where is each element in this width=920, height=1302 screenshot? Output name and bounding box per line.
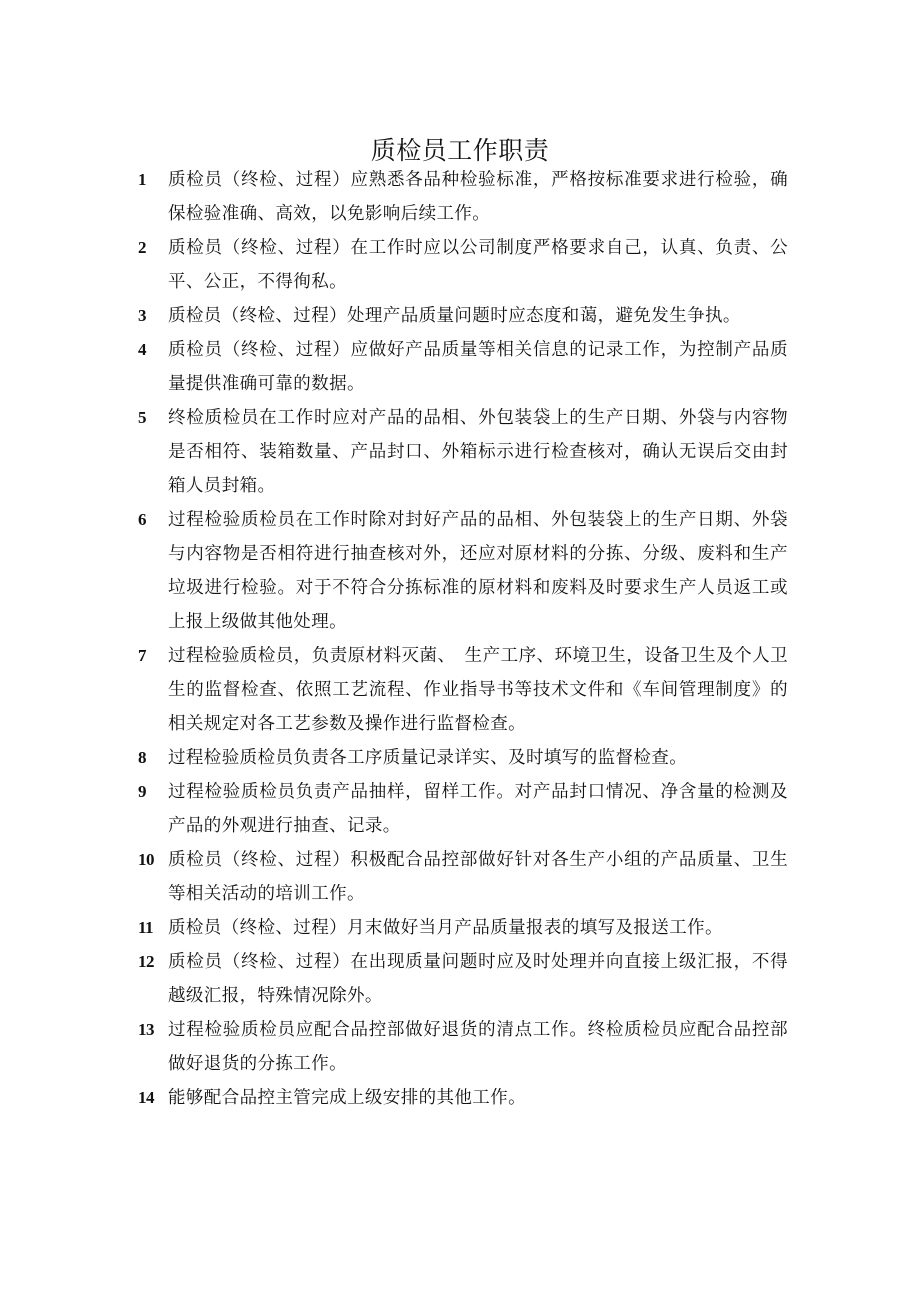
list-item: 4 质检员（终检、过程）应做好产品质量等相关信息的记录工作，为控制产品质量提供准…: [138, 333, 788, 401]
item-number: 10: [138, 843, 154, 877]
list-item: 6 过程检验质检员在工作时除对封好产品的品相、外包装袋上的生产日期、外袋与内容物…: [138, 503, 788, 639]
list-item: 9 过程检验质检员负责产品抽样，留样工作。对产品封口情况、净含量的检测及产品的外…: [138, 775, 788, 843]
item-text: 质检员（终检、过程）应熟悉各品种检验标准，严格按标准要求进行检验，确保检验准确、…: [168, 163, 788, 231]
list-item: 10 质检员（终检、过程）积极配合品控部做好针对各生产小组的产品质量、卫生等相关…: [138, 843, 788, 911]
item-number: 13: [138, 1013, 154, 1047]
list-item: 8 过程检验质检员负责各工序质量记录详实、及时填写的监督检查。: [138, 741, 788, 775]
list-item: 12 质检员（终检、过程）在出现质量问题时应及时处理并向直接上级汇报，不得越级汇…: [138, 945, 788, 1013]
item-text: 终检质检员在工作时应对产品的品相、外包装袋上的生产日期、外袋与内容物是否相符、装…: [168, 401, 788, 503]
item-number: 9: [138, 775, 147, 809]
item-number: 3: [138, 299, 147, 333]
item-text: 过程检验质检员，负责原材料灭菌、 生产工序、环境卫生，设备卫生及个人卫生的监督检…: [168, 639, 788, 741]
item-number: 1: [138, 163, 147, 197]
item-number: 6: [138, 503, 147, 537]
duty-list: 1 质检员（终检、过程）应熟悉各品种检验标准，严格按标准要求进行检验，确保检验准…: [138, 163, 788, 1115]
item-text: 质检员（终检、过程）月末做好当月产品质量报表的填写及报送工作。: [168, 911, 788, 945]
item-number: 11: [138, 911, 153, 945]
item-text: 过程检验质检员负责产品抽样，留样工作。对产品封口情况、净含量的检测及产品的外观进…: [168, 775, 788, 843]
item-text: 质检员（终检、过程）在工作时应以公司制度严格要求自己，认真、负责、公平、公正，不…: [168, 231, 788, 299]
list-item: 3 质检员（终检、过程）处理产品质量问题时应态度和蔼，避免发生争执。: [138, 299, 788, 333]
item-text: 过程检验质检员负责各工序质量记录详实、及时填写的监督检查。: [168, 741, 788, 775]
list-item: 11 质检员（终检、过程）月末做好当月产品质量报表的填写及报送工作。: [138, 911, 788, 945]
list-item: 7 过程检验质检员，负责原材料灭菌、 生产工序、环境卫生，设备卫生及个人卫生的监…: [138, 639, 788, 741]
item-number: 14: [138, 1081, 154, 1115]
item-text: 过程检验质检员在工作时除对封好产品的品相、外包装袋上的生产日期、外袋与内容物是否…: [168, 503, 788, 639]
item-text: 质检员（终检、过程）在出现质量问题时应及时处理并向直接上级汇报，不得越级汇报，特…: [168, 945, 788, 1013]
item-text: 质检员（终检、过程）应做好产品质量等相关信息的记录工作，为控制产品质量提供准确可…: [168, 333, 788, 401]
list-item: 5 终检质检员在工作时应对产品的品相、外包装袋上的生产日期、外袋与内容物是否相符…: [138, 401, 788, 503]
item-text: 能够配合品控主管完成上级安排的其他工作。: [168, 1081, 788, 1115]
item-text: 质检员（终检、过程）积极配合品控部做好针对各生产小组的产品质量、卫生等相关活动的…: [168, 843, 788, 911]
document-page: 质检员工作职责 1 质检员（终检、过程）应熟悉各品种检验标准，严格按标准要求进行…: [0, 0, 920, 1302]
item-text: 过程检验质检员应配合品控部做好退货的清点工作。终检质检员应配合品控部做好退货的分…: [168, 1013, 788, 1081]
list-item: 1 质检员（终检、过程）应熟悉各品种检验标准，严格按标准要求进行检验，确保检验准…: [138, 163, 788, 231]
list-item: 14 能够配合品控主管完成上级安排的其他工作。: [138, 1081, 788, 1115]
item-number: 2: [138, 231, 147, 265]
item-number: 4: [138, 333, 147, 367]
item-number: 5: [138, 401, 147, 435]
list-item: 2 质检员（终检、过程）在工作时应以公司制度严格要求自己，认真、负责、公平、公正…: [138, 231, 788, 299]
item-text: 质检员（终检、过程）处理产品质量问题时应态度和蔼，避免发生争执。: [168, 299, 788, 333]
item-number: 12: [138, 945, 154, 979]
list-item: 13 过程检验质检员应配合品控部做好退货的清点工作。终检质检员应配合品控部做好退…: [138, 1013, 788, 1081]
item-number: 8: [138, 741, 147, 775]
item-number: 7: [138, 639, 147, 673]
